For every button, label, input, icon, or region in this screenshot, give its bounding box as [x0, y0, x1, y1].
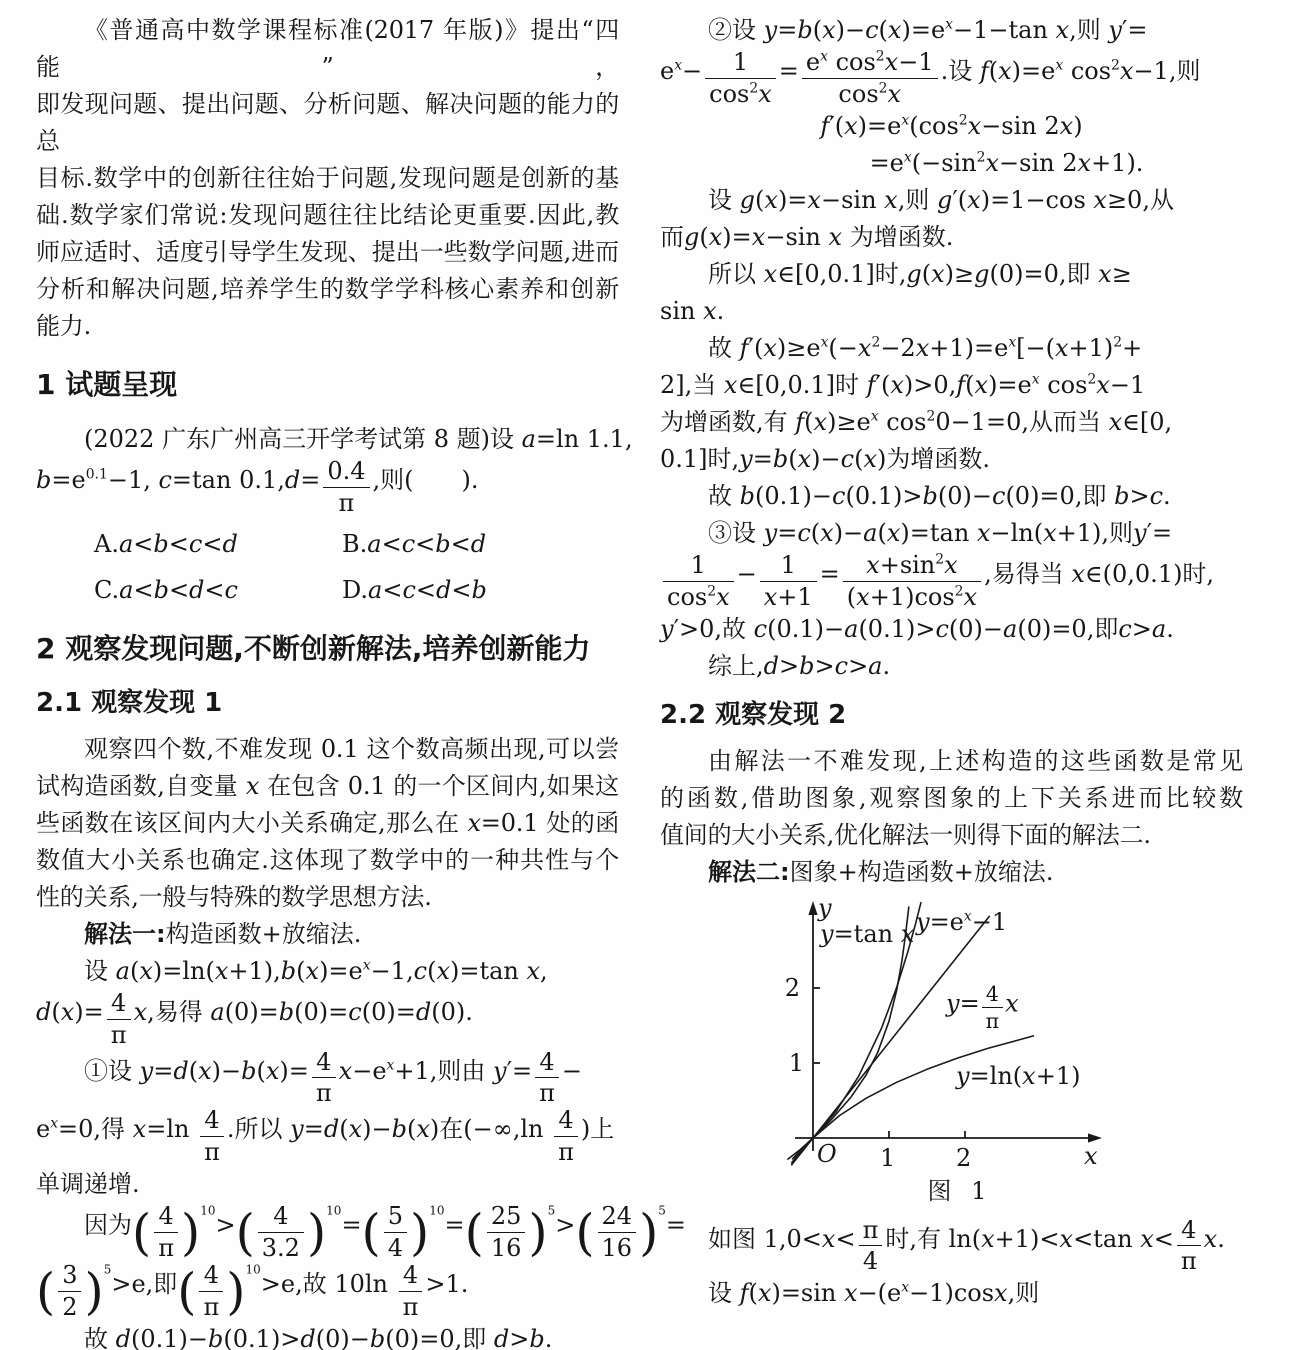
big-paren: ( — [36, 1262, 55, 1320]
prose-line: 数值大小关系也确定.这体现了数学中的一种共性与个 — [36, 842, 619, 879]
prose-line: 目标.数学中的创新往往始于问题,发现问题是创新的基 — [36, 160, 619, 197]
math-line: 故 d(0.1)−b(0.1)>d(0)−b(0)=0,即 d>b. — [36, 1321, 619, 1350]
y-axis-label: y — [818, 895, 832, 923]
bold-label: 解法一: — [84, 920, 166, 948]
fraction: 4π — [200, 1107, 224, 1166]
prose-line: 性的关系,一般与特殊的数学思想方法. — [36, 879, 619, 916]
answer-option: B.a<c<b<d — [342, 525, 619, 563]
fraction: x+sin2x(x+1)cos2x — [843, 552, 981, 611]
fraction: 4π — [399, 1262, 423, 1321]
math-line: (2022 广东广州高三开学考试第 8 题)设 a=ln 1.1, — [36, 421, 619, 458]
right-column-top: ②设 y=b(x)−c(x)=ex−1−tan x,则 y′=ex−1cos2x… — [660, 12, 1243, 891]
math-line: 故 b(0.1)−c(0.1)>b(0)−c(0)=0,即 b>c. — [660, 478, 1243, 515]
prose-line: 即发现问题、提出问题、分析问题、解决问题的能力的总 — [36, 86, 619, 160]
big-paren: ) — [181, 1203, 200, 1261]
prose-line: 试构造函数,自变量 x 在包含 0.1 的一个区间内,如果这 — [36, 768, 619, 805]
prose-line: 些函数在该区间内大小关系确定,那么在 x=0.1 处的函 — [36, 805, 619, 842]
answer-options: A.a<b<c<dB.a<c<b<dC.a<b<d<cD.a<c<d<b — [36, 525, 619, 609]
figure-1: y y=tan x y=ex−1 y=4πx y=ln(x+1) 2 1 O 1… — [740, 895, 1200, 1207]
fraction: 32 — [58, 1262, 81, 1321]
math-line: 所以 x∈[0,0.1]时,g(x)≥g(0)=0,即 x≥ — [660, 256, 1243, 293]
x-tick-1: 1 — [880, 1145, 895, 1173]
math-line: 解法一:构造函数+放缩法. — [36, 916, 619, 953]
fraction: 4π — [107, 990, 131, 1049]
figure-caption: 图 1 — [740, 1171, 1180, 1206]
prose-line: 值间的大小关系,优化解法一则得下面的解法二. — [660, 817, 1243, 854]
big-paren: ) — [226, 1262, 245, 1320]
fraction: 1cos2x — [705, 49, 776, 108]
fraction: 2416 — [598, 1203, 637, 1262]
math-line: 故 f′(x)≥ex(−x2−2x+1)=ex[−(x+1)2+ — [660, 330, 1243, 367]
fraction: 1x+1 — [760, 552, 817, 611]
prose-line: 能力. — [36, 308, 619, 345]
origin-label: O — [817, 1141, 837, 1169]
math-line: 因为(4π)10>(43.2)10=(54)10=(2516)5>(2416)5… — [36, 1203, 619, 1262]
section-heading: 2.2 观察发现 2 — [660, 697, 1243, 733]
math-line: ③设 y=c(x)−a(x)=tan x−ln(x+1),则y′= — [660, 515, 1243, 552]
big-paren: ( — [362, 1203, 381, 1261]
math-line: 2],当 x∈[0,0.1]时 f′(x)>0,f(x)=ex cos2x−1 — [660, 367, 1243, 404]
math-line: 设 f(x)=sin x−(ex−1)cosx,则 — [660, 1275, 1243, 1312]
math-line: y′>0,故 c(0.1)−a(0.1)>c(0)−a(0)=0,即c>a. — [660, 611, 1243, 648]
math-line: 而g(x)=x−sin x 为增函数. — [660, 219, 1243, 256]
fraction: 1cos2x — [663, 552, 734, 611]
math-line: =ex(−sin2x−sin 2x+1). — [715, 145, 1298, 182]
fraction: 2516 — [487, 1203, 526, 1262]
big-paren: ( — [575, 1203, 594, 1261]
big-paren: ) — [84, 1262, 103, 1320]
x-axis-label: x — [1084, 1143, 1098, 1171]
answer-option: C.a<b<d<c — [94, 571, 342, 609]
prose-line: 《普通高中数学课程标准(2017 年版)》提出“四能”， — [36, 12, 619, 86]
math-line: ex−1cos2x=ex cos2x−1cos2x.设 f(x)=ex cos2… — [660, 49, 1243, 108]
fraction: 4π — [535, 1049, 559, 1108]
answer-option: D.a<c<d<b — [342, 571, 619, 609]
fraction: 4π — [312, 1049, 336, 1108]
curve-label-exp: y=ex−1 — [916, 909, 1007, 937]
big-paren: ( — [465, 1203, 484, 1261]
math-line: sin x. — [660, 293, 1243, 330]
math-line: d(x)=4πx,易得 a(0)=b(0)=c(0)=d(0). — [36, 990, 619, 1049]
math-line: 解法二:图象+构造函数+放缩法. — [660, 854, 1243, 891]
big-paren: ) — [410, 1203, 429, 1261]
prose-line: 础.数学家们常说:发现问题往往比结论更重要.因此,教 — [36, 197, 619, 234]
math-line: 0.1]时,y=b(x)−c(x)为增函数. — [660, 441, 1243, 478]
math-line: 为增函数,有 f(x)≥ex cos20−1=0,从而当 x∈[0, — [660, 404, 1243, 441]
prose-line: 分析和解决问题,培养学生的数学学科核心素养和创新 — [36, 271, 619, 308]
section-heading: 2.1 观察发现 1 — [36, 685, 619, 721]
paper-page: 《普通高中数学课程标准(2017 年版)》提出“四能”，即发现问题、提出问题、分… — [0, 0, 1300, 1350]
prose-line: 师应适时、适度引导学生发现、提出一些数学问题,进而 — [36, 234, 619, 271]
curve-lin — [792, 916, 990, 1164]
big-paren: ) — [307, 1203, 326, 1261]
math-line: 设 a(x)=ln(x+1),b(x)=ex−1,c(x)=tan x, — [36, 953, 619, 990]
math-line: (32)5>e,即(4π)10>e,故 10ln 4π>1. — [36, 1262, 619, 1321]
big-paren: ( — [236, 1203, 255, 1261]
math-line: b=e0.1−1, c=tan 0.1,d=0.4π,则( ). — [36, 458, 619, 517]
math-line: ex=0,得 x=ln 4π.所以 y=d(x)−b(x)在(−∞,ln 4π)… — [36, 1107, 619, 1166]
prose-line: 的函数,借助图象,观察图象的上下关系进而比较数 — [660, 780, 1243, 817]
section-heading: 2 观察发现问题,不断创新解法,培养创新能力 — [36, 629, 619, 669]
fraction: 54 — [384, 1203, 407, 1262]
fraction: 4π — [154, 1203, 178, 1262]
curve-label-tan: y=tan x — [820, 921, 914, 949]
math-line: f′(x)=ex(cos2x−sin 2x) — [660, 108, 1243, 145]
fraction: ex cos2x−1cos2x — [802, 49, 938, 108]
math-line: 1cos2x−1x+1=x+sin2x(x+1)cos2x,易得当 x∈(0,0… — [660, 552, 1243, 611]
fraction: 0.4π — [323, 458, 369, 517]
fraction: π4 — [859, 1217, 883, 1276]
big-paren: ) — [528, 1203, 547, 1261]
bold-label: 解法二: — [708, 858, 790, 886]
fraction: 43.2 — [258, 1203, 304, 1262]
y-tick-2: 2 — [780, 975, 800, 1003]
section-heading: 1 试题呈现 — [36, 365, 619, 405]
math-line: 如图 1,0<x<π4时,有 ln(x+1)<x<tan x<4πx. — [660, 1217, 1243, 1276]
fraction: 4π — [199, 1262, 223, 1321]
big-paren: ) — [639, 1203, 658, 1261]
big-paren: ( — [132, 1203, 151, 1261]
curve-label-lin: y=4πx — [946, 983, 1019, 1034]
fraction: 4π — [554, 1107, 578, 1166]
right-column: ②设 y=b(x)−c(x)=ex−1−tan x,则 y′=ex−1cos2x… — [660, 12, 1243, 1312]
fraction: 4π — [1177, 1217, 1201, 1276]
big-paren: ( — [177, 1262, 196, 1320]
x-tick-2: 2 — [956, 1145, 971, 1173]
fraction: 4π — [982, 983, 1003, 1034]
prose-line: 由解法一不难发现,上述构造的这些函数是常见 — [660, 743, 1243, 780]
math-line: 单调递增. — [36, 1166, 619, 1203]
answer-option: A.a<b<c<d — [94, 525, 342, 563]
math-line: 设 g(x)=x−sin x,则 g′(x)=1−cos x≥0,从 — [660, 182, 1243, 219]
right-column-bottom: 如图 1,0<x<π4时,有 ln(x+1)<x<tan x<4πx.设 f(x… — [660, 1217, 1243, 1313]
math-line: 综上,d>b>c>a. — [660, 648, 1243, 685]
math-line: ②设 y=b(x)−c(x)=ex−1−tan x,则 y′= — [660, 12, 1243, 49]
y-tick-1: 1 — [784, 1050, 804, 1078]
math-line: ①设 y=d(x)−b(x)=4πx−ex+1,则由 y′=4π− — [36, 1049, 619, 1108]
prose-line: 观察四个数,不难发现 0.1 这个数高频出现,可以尝 — [36, 731, 619, 768]
curve-label-log: y=ln(x+1) — [956, 1063, 1080, 1091]
left-column: 《普通高中数学课程标准(2017 年版)》提出“四能”，即发现问题、提出问题、分… — [36, 12, 619, 1350]
